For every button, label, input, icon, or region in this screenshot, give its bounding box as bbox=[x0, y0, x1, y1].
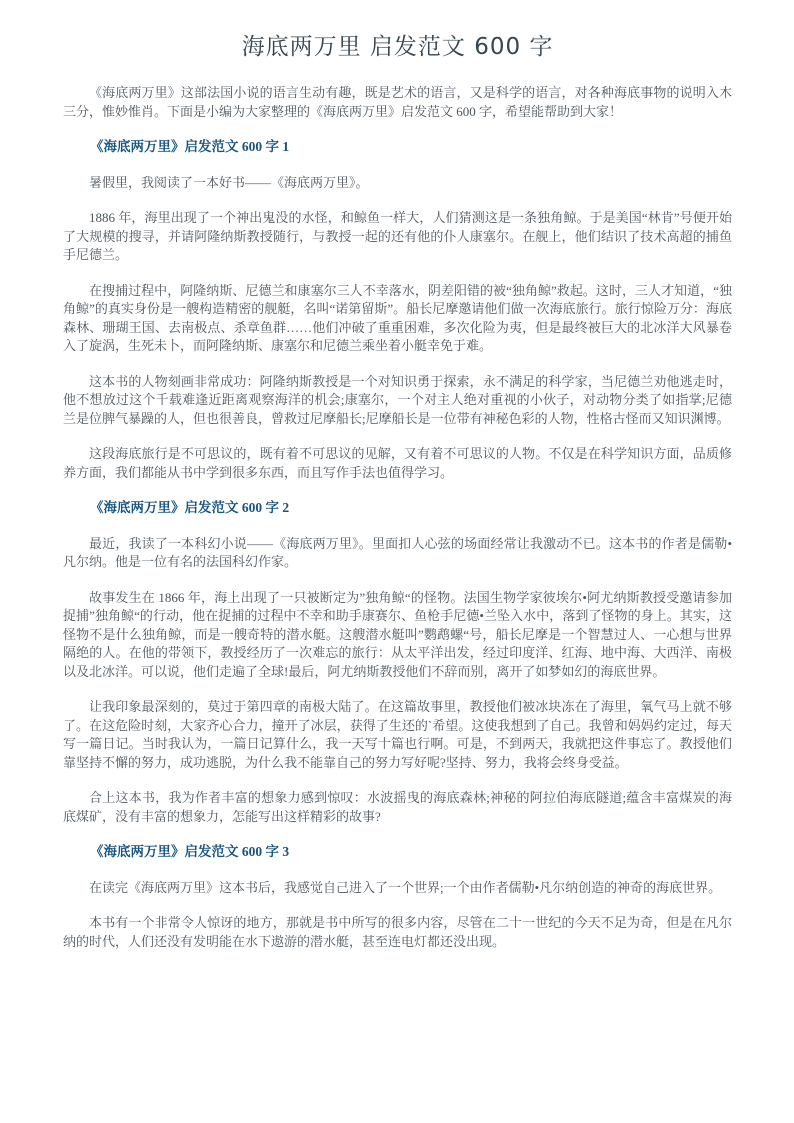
paragraph: 在搜捕过程中，阿隆纳斯、尼德兰和康塞尔三人不幸落水，阴差阳错的被“独角鲸”救起。… bbox=[63, 282, 732, 356]
paragraph: 这本书的人物刻画非常成功：阿隆纳斯教授是一个对知识勇于探索，永不满足的科学家，当… bbox=[63, 373, 732, 429]
paragraph: 这段海底旅行是不可思议的，既有着不可思议的见解，又有着不可思议的人物。不仅是在科… bbox=[63, 445, 732, 482]
intro-paragraph: 《海底两万里》这部法国小说的语言生动有趣，既是艺术的语言，又是科学的语言，对各种… bbox=[63, 84, 732, 121]
section-heading-1: 《海底两万里》启发范文 600 字 1 bbox=[63, 138, 732, 157]
paragraph: 本书有一个非常令人惊讶的地方，那就是书中所写的很多内容，尽管在二十一世纪的今天不… bbox=[63, 914, 732, 951]
document-page: 海底两万里 启发范文 600 字 《海底两万里》这部法国小说的语言生动有趣，既是… bbox=[0, 0, 794, 1123]
section-heading-3: 《海底两万里》启发范文 600 字 3 bbox=[63, 843, 732, 862]
paragraph: 故事发生在 1866 年，海上出现了一只被断定为”独角鲸“的怪物。法国生物学家彼… bbox=[63, 589, 732, 682]
paragraph: 最近，我读了一本科幻小说——《海底两万里》。里面扣人心弦的场面经常让我激动不已。… bbox=[63, 535, 732, 572]
paragraph: 在读完《海底两万里》这本书后，我感觉自己进入了一个世界;一个由作者儒勒•凡尔纳创… bbox=[63, 879, 732, 898]
paragraph: 1886 年，海里出现了一个神出鬼没的水怪，和鲸鱼一样大，人们猜测这是一条独角鲸… bbox=[63, 209, 732, 265]
paragraph: 合上这本书，我为作者丰富的想象力感到惊叹：水波摇曳的海底森林;神秘的阿拉伯海底隧… bbox=[63, 789, 732, 826]
page-title: 海底两万里 启发范文 600 字 bbox=[63, 28, 732, 61]
paragraph: 暑假里，我阅读了一本好书——《海底两万里》。 bbox=[63, 174, 732, 193]
paragraph: 让我印象最深刻的，莫过于第四章的南极大陆了。在这篇故事里，教授他们被冰块冻在了海… bbox=[63, 698, 732, 772]
section-heading-2: 《海底两万里》启发范文 600 字 2 bbox=[63, 499, 732, 518]
